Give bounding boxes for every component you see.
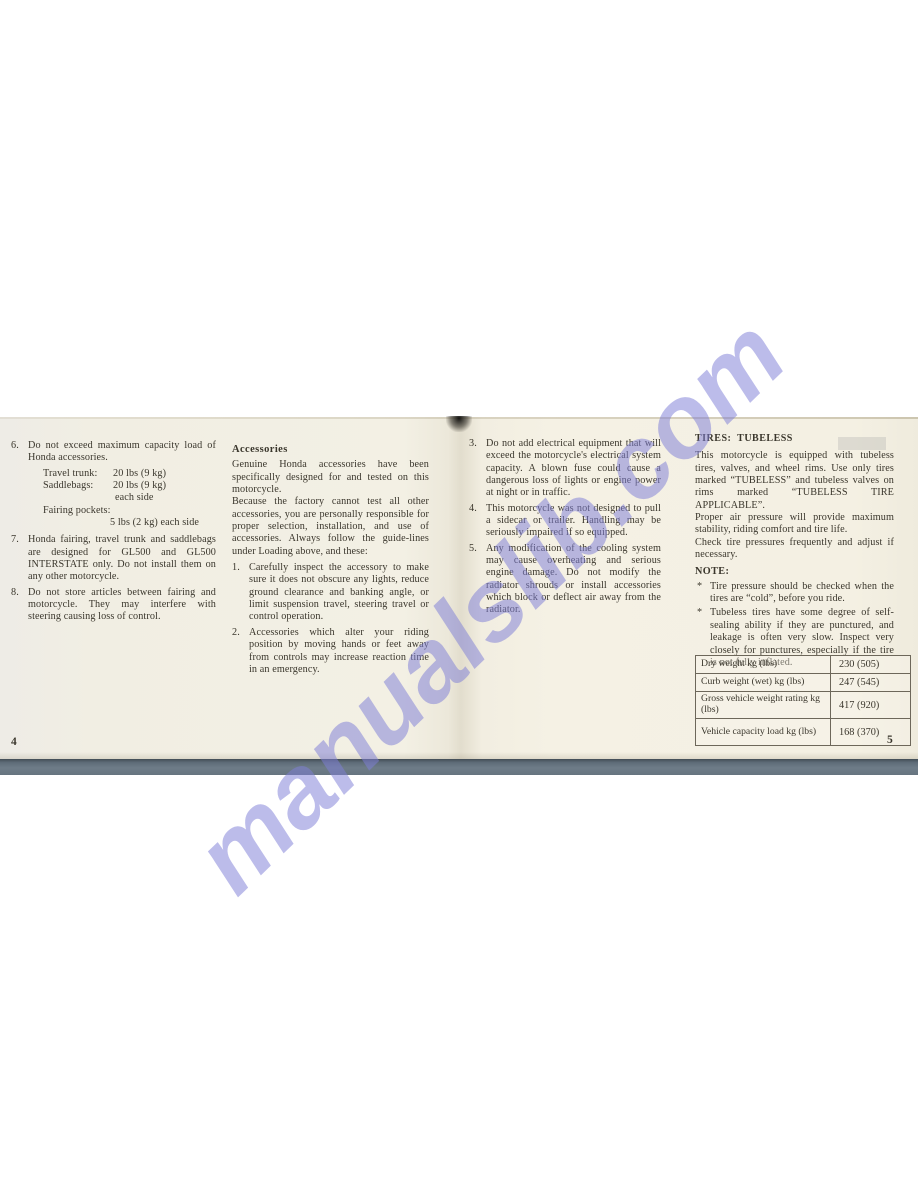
spec-value: 168 (370) [831,719,911,746]
page4-column-1: 6. Do not exceed maximum capacity load o… [11,440,216,627]
numbered-item-6: 6. Do not exceed maximum capacity load o… [11,440,216,465]
spec-value: 247 (545) [831,674,911,692]
table-row: Gross vehicle weight rating kg (lbs) 417… [696,692,911,719]
numbered-item-7: 7. Honda fairing, travel trunk and saddl… [11,534,216,583]
asterisk-bullet: * [697,607,702,619]
item-text: Accessories which alter your riding posi… [249,627,429,675]
note-label: NOTE: [695,566,894,578]
paragraph: Because the factory cannot test all othe… [232,496,429,558]
page-number-right: 5 [887,734,893,746]
item-number: 4. [469,503,477,515]
note-item: * Tire pressure should be checked when t… [695,581,894,606]
item-number: 1. [232,562,240,574]
item-text: This motorcycle was not designed to pull… [486,503,661,539]
asterisk-bullet: * [697,581,702,593]
item-text: Do not add electrical equipment that wil… [486,438,661,498]
item-number: 6. [11,440,19,452]
item-number: 5. [469,543,477,555]
item-text: Honda fairing, travel trunk and saddleba… [28,534,216,582]
numbered-item-3: 3. Do not add electrical equipment that … [469,438,661,500]
load-row: Saddlebags: 20 lbs (9 kg) [43,480,216,492]
section-heading-accessories: Accessories [232,444,429,456]
page5-column-1: 3. Do not add electrical equipment that … [469,438,661,620]
load-value: 20 lbs (9 kg) [113,480,166,492]
paragraph: Genuine Honda accessories have been spec… [232,459,429,496]
load-row: Travel trunk: 20 lbs (9 kg) [43,468,216,480]
note-text: Tire pressure should be checked when the… [710,581,894,604]
table-row: Curb weight (wet) kg (lbs) 247 (545) [696,674,911,692]
paragraph: Check tire pressures frequently and adju… [695,537,894,562]
screenshot-root: { "watermark": { "text": "manualslib.com… [0,0,918,1188]
load-row: 5 lbs (2 kg) each side [43,517,216,529]
spec-label: Curb weight (wet) kg (lbs) [696,674,831,692]
load-value: 5 lbs (2 kg) each side [110,517,199,529]
item-text: Do not exceed maximum capacity load of H… [28,440,216,463]
page4-column-2: Accessories Genuine Honda accessories ha… [232,444,429,679]
section-heading-tires-tubeless: TIRES: TUBELESS [695,433,894,445]
item-number: 7. [11,534,19,546]
load-row: each side [43,492,216,504]
numbered-item-2: 2. Accessories which alter your riding p… [232,627,429,676]
paragraph: Proper air pressure will provide maximum… [695,512,894,537]
load-label: Fairing pockets: [43,505,111,516]
book-edge-band [0,759,918,775]
load-value: each side [115,492,154,504]
load-label: Saddlebags: [43,480,93,491]
item-number: 3. [469,438,477,450]
item-text: Any modification of the cooling system m… [486,543,661,616]
item-text: Do not store articles between fairing an… [28,587,216,623]
spec-label: Vehicle capacity load kg (lbs) [696,719,831,746]
load-row: Fairing pockets: [43,505,216,517]
item-number: 2. [232,627,240,639]
accessory-load-list: Travel trunk: 20 lbs (9 kg) Saddlebags: … [43,468,216,530]
table-row: Dry weight kg (lbs) 230 (505) [696,656,911,674]
spine-shadow-notch [446,416,472,432]
load-label: Travel trunk: [43,468,97,479]
page5-column-2: TIRES: TUBELESS This motorcycle is equip… [695,433,894,671]
table-row: Vehicle capacity load kg (lbs) 168 (370) [696,719,911,746]
page-number-left: 4 [11,736,17,748]
weight-spec-table: Dry weight kg (lbs) 230 (505) Curb weigh… [695,655,911,746]
numbered-item-8: 8. Do not store articles between fairing… [11,587,216,624]
item-text: Carefully inspect the accessory to make … [249,562,429,622]
spec-value: 230 (505) [831,656,911,674]
item-number: 8. [11,587,19,599]
spec-value: 417 (920) [831,692,911,719]
paragraph: This motorcycle is equipped with tubeles… [695,450,894,512]
spec-label: Gross vehicle weight rating kg (lbs) [696,692,831,719]
numbered-item-1: 1. Carefully inspect the accessory to ma… [232,562,429,624]
spec-label: Dry weight kg (lbs) [696,656,831,674]
scanned-manual-spread: 6. Do not exceed maximum capacity load o… [0,0,918,1188]
load-value: 20 lbs (9 kg) [113,468,166,480]
numbered-item-5: 5. Any modification of the cooling syste… [469,543,661,617]
numbered-item-4: 4. This motorcycle was not designed to p… [469,503,661,540]
numbered-list: 1. Carefully inspect the accessory to ma… [232,562,429,676]
